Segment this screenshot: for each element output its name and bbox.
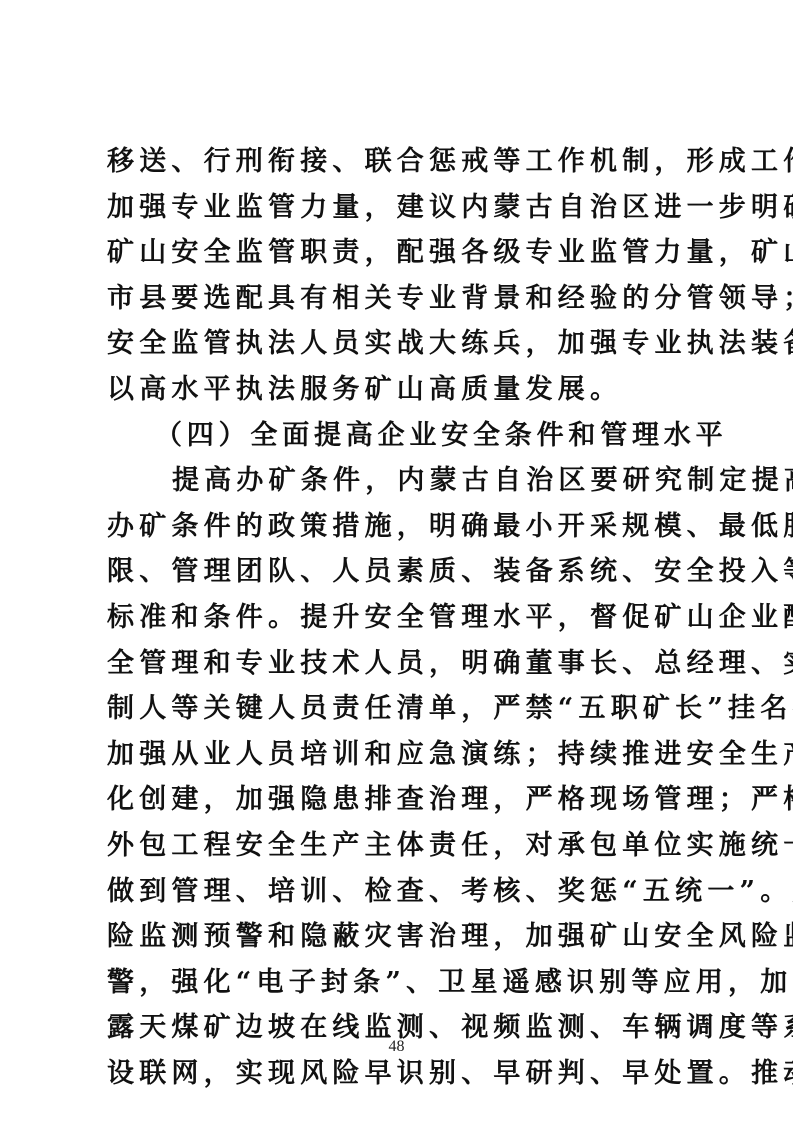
text-line: 化创建，加强隐患排查治理，严格现场管理；严格落实 [107,777,695,823]
text-line: 限、管理团队、人员素质、装备系统、安全投入等方面 [107,549,695,595]
paragraph-first-line: 提高办矿条件，内蒙古自治区要研究制定提高矿山 [107,458,695,504]
text-line: 以高水平执法服务矿山高质量发展。 [107,367,695,413]
text-line: 标准和条件。提升安全管理水平，督促矿山企业配齐安 [107,595,695,641]
text-line: 设联网，实现风险早识别、早研判、早处置。推动矿山 [107,1051,695,1097]
text-line: 做到管理、培训、检查、考核、奖惩“五统一”。加强风 [107,869,695,915]
text-line: 加强专业监管力量，建议内蒙古自治区进一步明确基层 [107,185,695,231]
text-line: 办矿条件的政策措施，明确最小开采规模、最低服务年 [107,504,695,550]
text-line: 警，强化“电子封条”、卫星遥感识别等应用，加快推进 [107,960,695,1006]
text-line: 加强从业人员培训和应急演练；持续推进安全生产标准 [107,732,695,778]
text-line: 全管理和专业技术人员，明确董事长、总经理、实际控 [107,641,695,687]
text-line: 安全监管执法人员实战大练兵，加强专业执法装备配备， [107,321,695,367]
text-line: 矿山安全监管职责，配强各级专业监管力量，矿山重点 [107,230,695,276]
text-line: 险监测预警和隐蔽灾害治理，加强矿山安全风险监测预 [107,914,695,960]
document-page: 移送、行刑衔接、联合惩戒等工作机制，形成工作合力。 加强专业监管力量，建议内蒙古… [0,0,793,1122]
text-line: 制人等关键人员责任清单，严禁“五职矿长”挂名行为， [107,686,695,732]
section-heading: （四）全面提高企业安全条件和管理水平 [107,413,695,459]
body-text: 移送、行刑衔接、联合惩戒等工作机制，形成工作合力。 加强专业监管力量，建议内蒙古… [107,139,695,1096]
text-line: 市县要选配具有相关专业背景和经验的分管领导；开展 [107,276,695,322]
page-number: 48 [0,1038,793,1056]
text-line: 外包工程安全生产主体责任，对承包单位实施统一管理， [107,823,695,869]
text-line: 移送、行刑衔接、联合惩戒等工作机制，形成工作合力。 [107,139,695,185]
